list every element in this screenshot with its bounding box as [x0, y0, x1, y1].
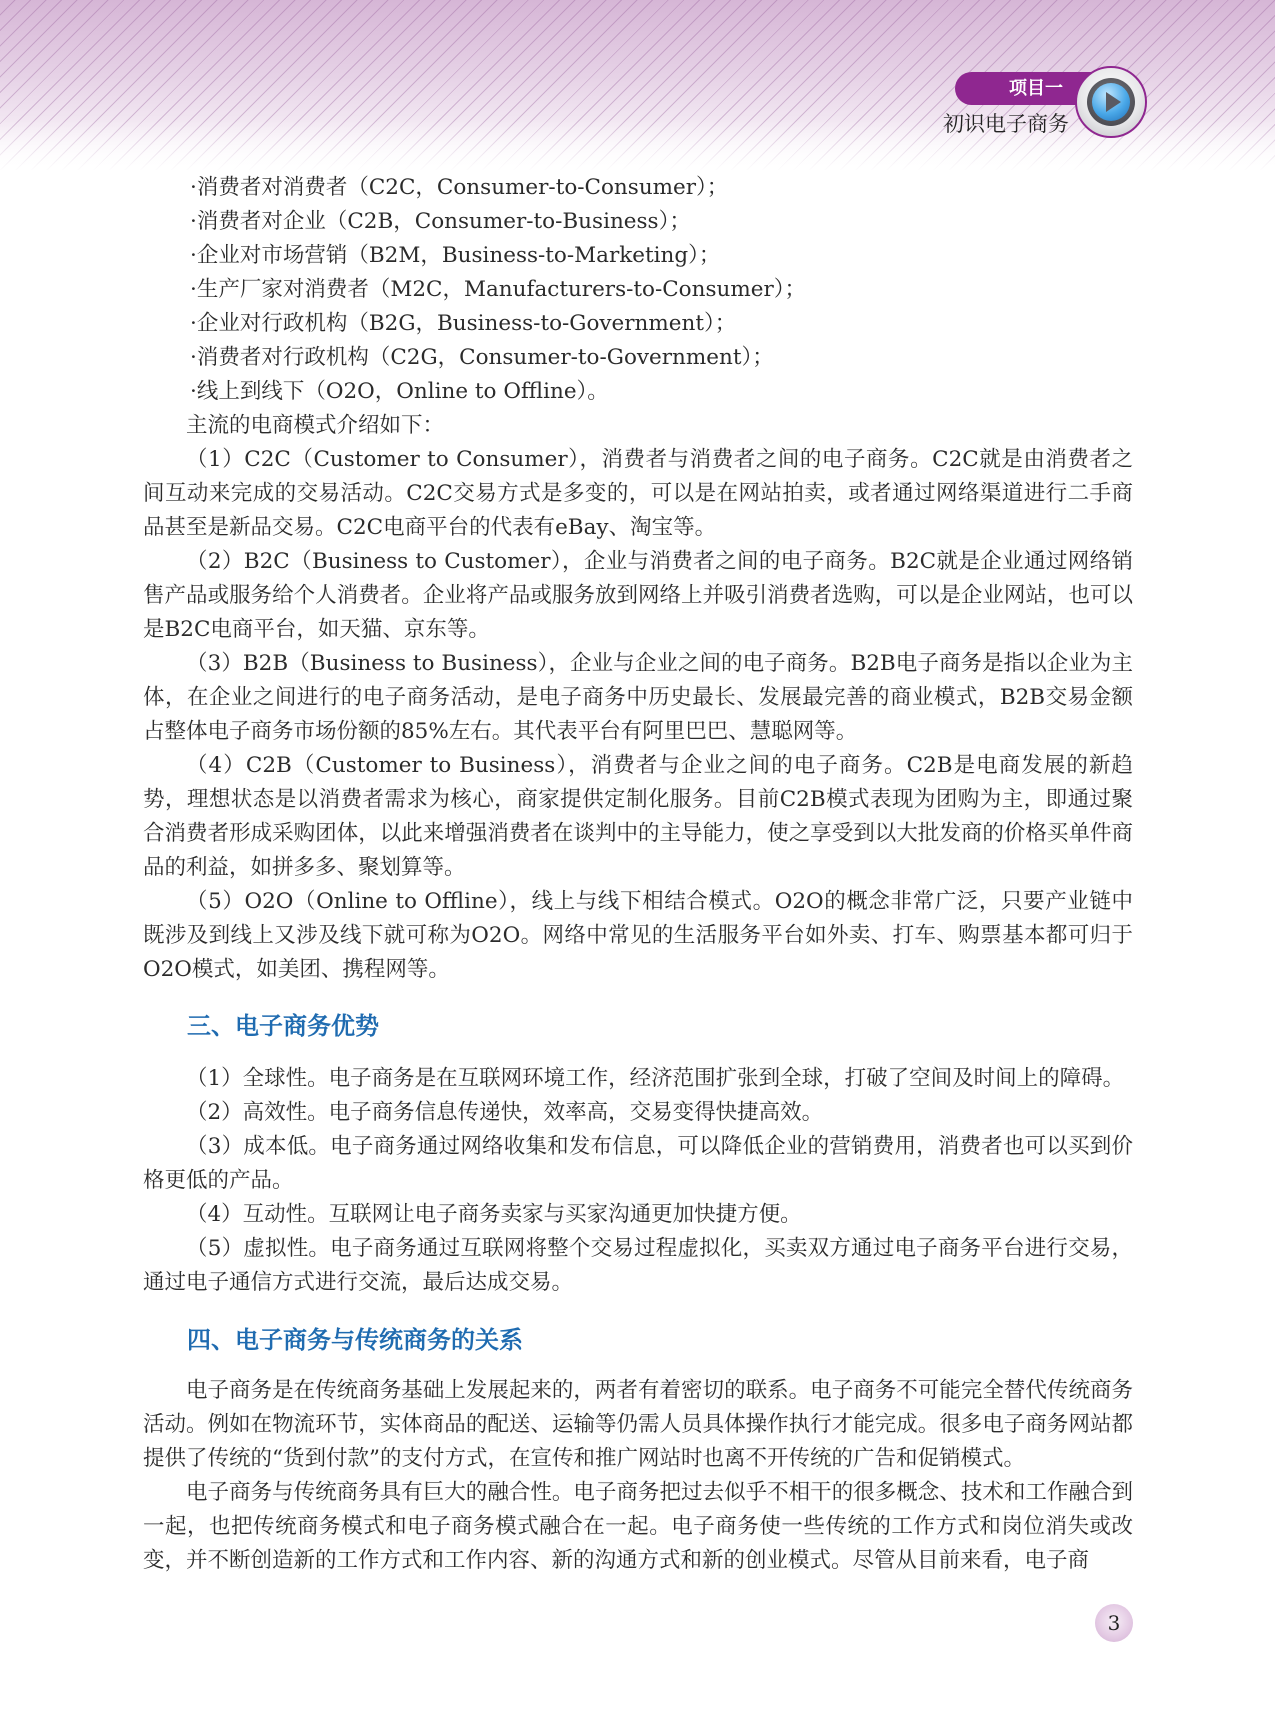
- relationship-paragraph: 电子商务是在传统商务基础上发展起来的，两者有着密切的联系。电子商务不可能完全替代…: [143, 1374, 1133, 1476]
- header-fade: [0, 120, 1275, 172]
- bullet-item: ·消费者对消费者（C2C，Consumer-to-Consumer）；: [143, 171, 1133, 205]
- advantage-item: （2）高效性。电子商务信息传递快，效率高，交易变得快捷高效。: [143, 1096, 1133, 1130]
- advantage-item: （5）虚拟性。电子商务通过互联网将整个交易过程虚拟化，买卖双方通过电子商务平台进…: [143, 1232, 1133, 1300]
- bullet-item: ·生产厂家对消费者（M2C，Manufacturers-to-Consumer）…: [143, 273, 1133, 307]
- advantage-item: （4）互动性。互联网让电子商务卖家与买家沟通更加快捷方便。: [143, 1198, 1133, 1232]
- section-heading-advantages: 三、电子商务优势: [143, 1008, 1133, 1044]
- intro-paragraph: 主流的电商模式介绍如下：: [143, 409, 1133, 443]
- advantage-item: （3）成本低。电子商务通过网络收集和发布信息，可以降低企业的营销费用，消费者也可…: [143, 1130, 1133, 1198]
- model-paragraph-b2c: （2）B2C（Business to Customer），企业与消费者之间的电子…: [143, 545, 1133, 647]
- bullet-item: ·消费者对行政机构（C2G，Consumer-to-Government）；: [143, 341, 1133, 375]
- play-core: [1092, 83, 1130, 121]
- model-paragraph-o2o: （5）O2O（Online to Offline），线上与线下相结合模式。O2O…: [143, 885, 1133, 987]
- chapter-title: 初识电子商务: [943, 108, 1069, 138]
- model-paragraph-b2b: （3）B2B（Business to Business），企业与企业之间的电子商…: [143, 647, 1133, 749]
- relationship-paragraph: 电子商务与传统商务具有巨大的融合性。电子商务把过去似乎不相干的很多概念、技术和工…: [143, 1476, 1133, 1578]
- advantage-item: （1）全球性。电子商务是在互联网环境工作，经济范围扩张到全球，打破了空间及时间上…: [143, 1062, 1133, 1096]
- model-paragraph-c2b: （4）C2B（Customer to Business），消费者与企业之间的电子…: [143, 749, 1133, 885]
- play-button-icon: [1075, 66, 1147, 138]
- bullet-item: ·消费者对企业（C2B，Consumer-to-Business）；: [143, 205, 1133, 239]
- section-heading-relationship: 四、电子商务与传统商务的关系: [143, 1322, 1133, 1358]
- play-ring: [1087, 78, 1135, 126]
- bullet-item: ·企业对市场营销（B2M，Business-to-Marketing）；: [143, 239, 1133, 273]
- bullet-item: ·企业对行政机构（B2G，Business-to-Government）；: [143, 307, 1133, 341]
- page-number: 3: [1095, 1604, 1133, 1642]
- model-paragraph-c2c: （1）C2C（Customer to Consumer），消费者与消费者之间的电…: [143, 443, 1133, 545]
- play-triangle-icon: [1106, 92, 1121, 112]
- bullet-item: ·线上到线下（O2O，Online to Offline）。: [143, 375, 1133, 409]
- page-content: ·消费者对消费者（C2C，Consumer-to-Consumer）； ·消费者…: [143, 171, 1133, 1578]
